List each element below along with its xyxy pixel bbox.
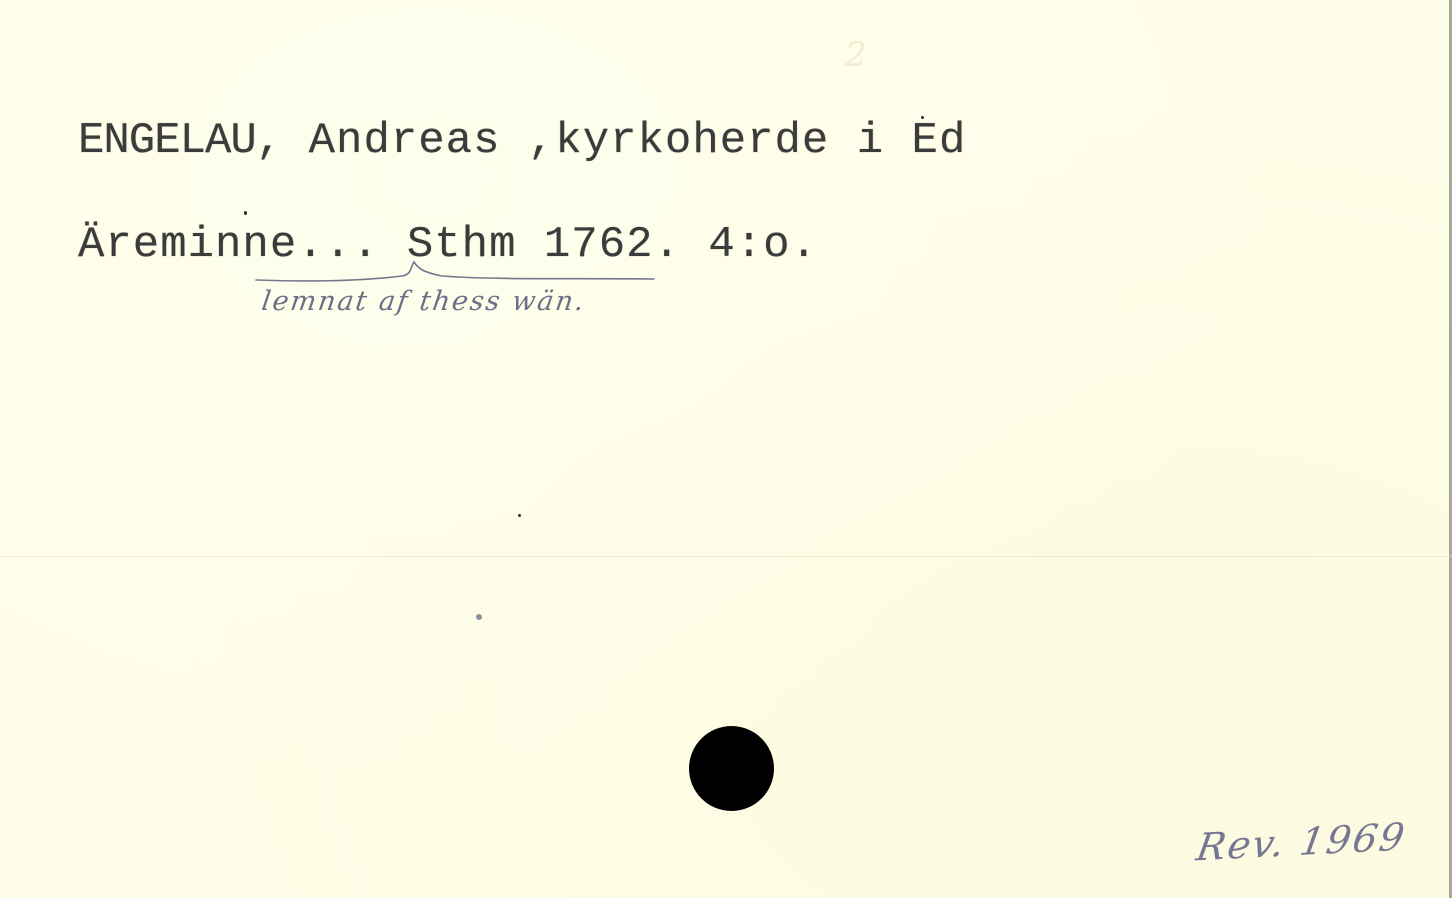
book-format: 4:o. xyxy=(708,220,818,270)
author-title: ,kyrkoherde i Ed xyxy=(528,116,966,166)
ink-speck xyxy=(244,211,247,215)
pencil-brace-underline xyxy=(252,258,662,288)
revision-note: Rev. 1969 xyxy=(1193,815,1409,870)
author-surname: ENGELAU, xyxy=(78,116,281,166)
handwritten-note: lemnat af thess wän. xyxy=(260,286,588,317)
ink-speck xyxy=(518,514,521,517)
ink-speck xyxy=(476,614,482,620)
author-given-name: Andreas xyxy=(309,116,501,166)
heading-line: ENGELAU, Andreas ,kyrkoherde i Ed xyxy=(78,116,966,166)
ink-speck xyxy=(921,116,924,119)
faint-pencil-mark: 2 xyxy=(845,35,867,75)
card-crease xyxy=(0,556,1452,557)
catalog-card: 2 ENGELAU, Andreas ,kyrkoherde i Ed Ärem… xyxy=(0,0,1452,898)
card-punch-hole xyxy=(689,726,774,811)
